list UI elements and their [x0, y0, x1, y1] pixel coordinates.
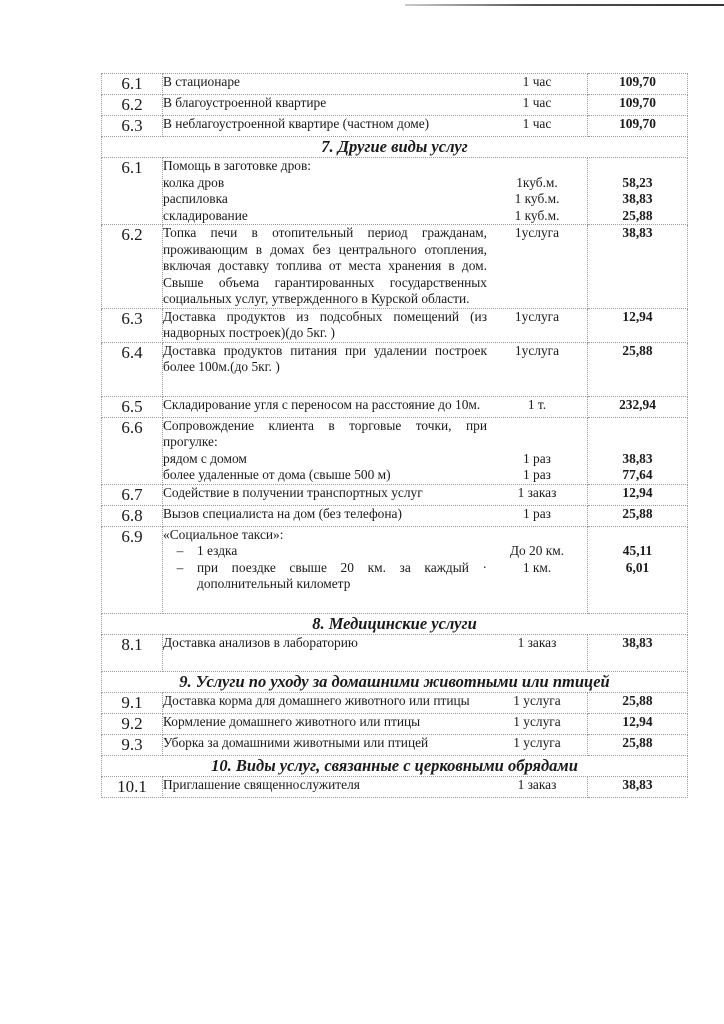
line-text: складирование	[163, 208, 487, 225]
unit-text: 1услуга	[487, 309, 587, 342]
description-text: Топка печи в отопительный период граждан…	[163, 225, 487, 308]
unit-text: До 20 км.	[487, 543, 587, 560]
item-price: 38,83	[588, 634, 688, 672]
table-row: 6.6Сопровождение клиента в торговые точк…	[102, 417, 688, 484]
item-number: 9.1	[102, 693, 163, 714]
item-number: 10.1	[102, 777, 163, 798]
line-text: Уборка за домашними животными или птицей	[163, 735, 487, 752]
unit-text: 1 км.	[487, 560, 587, 593]
unit-text: 1 т.	[487, 397, 587, 414]
item-number: 6.9	[102, 526, 163, 613]
description-block: Сопровождение клиента в торговые точки, …	[163, 418, 587, 451]
line-text: Содействие в получении транспортных услу…	[163, 485, 487, 502]
description-block: Доставка корма для домашнего животного и…	[163, 693, 587, 710]
price-value: 109,70	[588, 116, 687, 133]
unit-text	[487, 158, 587, 175]
price-value	[588, 158, 687, 175]
price-value: 12,94	[588, 485, 687, 502]
item-description: Доставка корма для домашнего животного и…	[163, 693, 588, 714]
price-value: 232,94	[588, 397, 687, 414]
item-description: Топка печи в отопительный период граждан…	[163, 225, 588, 309]
item-description: В стационаре1 час	[163, 74, 588, 95]
description-text: Доставка продуктов из подсобных помещени…	[163, 309, 487, 342]
scan-edge-line	[405, 4, 724, 6]
description-line: Вызов специалиста на дом (без телефона)1…	[163, 506, 587, 523]
item-price: 45,116,01	[588, 526, 688, 613]
section-title: 10. Виды услуг, связанные с церковными о…	[102, 756, 688, 777]
description-block: Доставка продуктов питания при удалении …	[163, 343, 587, 376]
sub-item-text: 1 ездка	[197, 543, 487, 560]
item-description: Доставка продуктов из подсобных помещени…	[163, 308, 588, 342]
description-line: рядом с домом1 раз	[163, 451, 587, 468]
item-description: В благоустроенной квартире1 час	[163, 95, 588, 116]
unit-text: 1 раз	[487, 451, 587, 468]
description-title: «Социальное такси»:	[163, 527, 587, 544]
description-line: складирование1 куб.м.	[163, 208, 587, 225]
line-text: Помощь в заготовке дров:	[163, 158, 487, 175]
item-price: 12,94	[588, 484, 688, 505]
price-value: 25,88	[588, 693, 687, 710]
unit-text: 1 заказ	[487, 777, 587, 794]
price-value: 38,83	[588, 451, 687, 468]
price-value: 12,94	[588, 309, 687, 326]
section-title: 7. Другие виды услуг	[102, 137, 688, 158]
table-row: 6.1Помощь в заготовке дров:колка дров1ку…	[102, 158, 688, 225]
tariff-table: 6.1В стационаре1 час109,706.2В благоустр…	[101, 73, 688, 798]
description-block: Доставка продуктов из подсобных помещени…	[163, 309, 587, 342]
table-row: 6.5Складирование угля с переносом на рас…	[102, 396, 688, 417]
description-line: более удаленные от дома (свыше 500 м)1 р…	[163, 467, 587, 484]
unit-text: 1 час	[487, 116, 587, 133]
price-value: 25,88	[588, 735, 687, 752]
line-text: рядом с домом	[163, 451, 487, 468]
price-value: 12,94	[588, 714, 687, 731]
item-price: 232,94	[588, 396, 688, 417]
line-text: распиловка	[163, 191, 487, 208]
unit-text: 1 час	[487, 74, 587, 91]
item-price: 25,88	[588, 505, 688, 526]
price-value	[588, 418, 687, 435]
section-header-row: 7. Другие виды услуг	[102, 137, 688, 158]
item-number: 9.3	[102, 735, 163, 756]
description-line: Помощь в заготовке дров:	[163, 158, 587, 175]
price-value: 6,01	[588, 560, 687, 577]
sub-item: –при поездке свыше 20 км. за каждый · до…	[163, 560, 587, 593]
unit-text: 1услуга	[487, 225, 587, 308]
price-value: 38,83	[588, 777, 687, 794]
description-line: Содействие в получении транспортных услу…	[163, 485, 587, 502]
item-number: 6.8	[102, 505, 163, 526]
price-value: 38,83	[588, 225, 687, 242]
unit-text: 1услуга	[487, 343, 587, 376]
item-description: «Социальное такси»:–1 ездкаДо 20 км.–при…	[163, 526, 588, 613]
table-row: 6.9«Социальное такси»:–1 ездкаДо 20 км.–…	[102, 526, 688, 613]
table-row: 6.3Доставка продуктов из подсобных помещ…	[102, 308, 688, 342]
description-block: Топка печи в отопительный период граждан…	[163, 225, 587, 308]
line-text: Вызов специалиста на дом (без телефона)	[163, 506, 487, 523]
line-text: В благоустроенной квартире	[163, 95, 487, 112]
price-value: 58,23	[588, 175, 687, 192]
item-description: Доставка анализов в лабораторию1 заказ	[163, 634, 588, 672]
description-line: Уборка за домашними животными или птицей…	[163, 735, 587, 752]
item-number: 6.6	[102, 417, 163, 484]
item-number: 9.2	[102, 714, 163, 735]
table-row: 6.2В благоустроенной квартире1 час109,70	[102, 95, 688, 116]
item-price: 109,70	[588, 116, 688, 137]
price-value: 25,88	[588, 343, 687, 360]
item-number: 6.2	[102, 225, 163, 309]
description-text: Доставка корма для домашнего животного и…	[163, 693, 487, 710]
line-text: Приглашение священнослужителя	[163, 777, 487, 794]
description-text: Складирование угля с переносом на рассто…	[163, 397, 487, 414]
item-description: Уборка за домашними животными или птицей…	[163, 735, 588, 756]
item-description: В неблагоустроенной квартире (частном до…	[163, 116, 588, 137]
price-value: 109,70	[588, 74, 687, 91]
unit-text: 1 услуга	[487, 735, 587, 752]
price-value	[588, 527, 687, 544]
table-row: 6.3В неблагоустроенной квартире (частном…	[102, 116, 688, 137]
line-text: более удаленные от дома (свыше 500 м)	[163, 467, 487, 484]
description-line: В стационаре1 час	[163, 74, 587, 91]
price-value: 38,83	[588, 635, 687, 652]
section-title: 9. Услуги по уходу за домашними животным…	[102, 672, 688, 693]
line-text: Доставка анализов в лабораторию	[163, 635, 487, 652]
item-price: 25,88	[588, 735, 688, 756]
unit-text: 1 заказ	[487, 485, 587, 502]
item-description: Вызов специалиста на дом (без телефона)1…	[163, 505, 588, 526]
item-number: 8.1	[102, 634, 163, 672]
item-number: 6.3	[102, 116, 163, 137]
table-row: 9.2Кормление домашнего животного или пти…	[102, 714, 688, 735]
unit-text: 1 раз	[487, 506, 587, 523]
unit-text: 1 заказ	[487, 635, 587, 652]
table-row: 6.2Топка печи в отопительный период граж…	[102, 225, 688, 309]
item-price: 12,94	[588, 308, 688, 342]
price-value: 77,64	[588, 467, 687, 484]
item-price: 58,2338,8325,88	[588, 158, 688, 225]
item-description: Доставка продуктов питания при удалении …	[163, 342, 588, 396]
item-price: 25,88	[588, 693, 688, 714]
unit-text: 1 услуга	[487, 714, 587, 731]
section-header-row: 8. Медицинские услуги	[102, 613, 688, 634]
description-line: распиловка1 куб.м.	[163, 191, 587, 208]
price-value	[588, 434, 687, 451]
table-row: 8.1Доставка анализов в лабораторию1 зака…	[102, 634, 688, 672]
unit-text: 1 услуга	[487, 693, 587, 710]
price-value: 25,88	[588, 208, 687, 225]
item-price: 38,83	[588, 225, 688, 309]
table-row: 10.1Приглашение священнослужителя1 заказ…	[102, 777, 688, 798]
price-value: 25,88	[588, 506, 687, 523]
section-title: 8. Медицинские услуги	[102, 613, 688, 634]
price-value: 45,11	[588, 543, 687, 560]
description-line: Приглашение священнослужителя1 заказ	[163, 777, 587, 794]
description-text: Доставка продуктов питания при удалении …	[163, 343, 487, 376]
item-price: 38,8377,64	[588, 417, 688, 484]
item-number: 6.1	[102, 74, 163, 95]
table-row: 6.7Содействие в получении транспортных у…	[102, 484, 688, 505]
unit-text: 1куб.м.	[487, 175, 587, 192]
table-row: 6.1В стационаре1 час109,70	[102, 74, 688, 95]
line-text: В неблагоустроенной квартире (частном до…	[163, 116, 487, 133]
description-line: Кормление домашнего животного или птицы1…	[163, 714, 587, 731]
item-description: Содействие в получении транспортных услу…	[163, 484, 588, 505]
unit-text: 1 раз	[487, 467, 587, 484]
table-row: 6.4Доставка продуктов питания при удален…	[102, 342, 688, 396]
dash-bullet: –	[163, 543, 197, 560]
description-block: Складирование угля с переносом на рассто…	[163, 397, 587, 414]
item-price: 109,70	[588, 95, 688, 116]
item-price: 25,88	[588, 342, 688, 396]
line-text: Кормление домашнего животного или птицы	[163, 714, 487, 731]
item-number: 6.3	[102, 308, 163, 342]
item-description: Складирование угля с переносом на рассто…	[163, 396, 588, 417]
description-text: Сопровождение клиента в торговые точки, …	[163, 418, 487, 451]
description-line: Доставка анализов в лабораторию1 заказ	[163, 635, 587, 652]
price-value: 109,70	[588, 95, 687, 112]
item-description: Сопровождение клиента в торговые точки, …	[163, 417, 588, 484]
item-price: 12,94	[588, 714, 688, 735]
dash-bullet: –	[163, 560, 197, 593]
table-row: 9.1Доставка корма для домашнего животног…	[102, 693, 688, 714]
item-number: 6.1	[102, 158, 163, 225]
sub-item: –1 ездкаДо 20 км.	[163, 543, 587, 560]
item-price: 38,83	[588, 777, 688, 798]
line-text: В стационаре	[163, 74, 487, 91]
unit-text: 1 куб.м.	[487, 191, 587, 208]
item-number: 6.7	[102, 484, 163, 505]
item-price: 109,70	[588, 74, 688, 95]
table-row: 6.8Вызов специалиста на дом (без телефон…	[102, 505, 688, 526]
item-description: Кормление домашнего животного или птицы1…	[163, 714, 588, 735]
table-row: 9.3Уборка за домашними животными или пти…	[102, 735, 688, 756]
item-number: 6.4	[102, 342, 163, 396]
line-text: колка дров	[163, 175, 487, 192]
sub-item-text: при поездке свыше 20 км. за каждый · доп…	[197, 560, 487, 593]
unit-text	[487, 418, 587, 451]
price-value: 38,83	[588, 191, 687, 208]
section-header-row: 9. Услуги по уходу за домашними животным…	[102, 672, 688, 693]
unit-text: 1 час	[487, 95, 587, 112]
item-number: 6.5	[102, 396, 163, 417]
description-line: В неблагоустроенной квартире (частном до…	[163, 116, 587, 133]
item-description: Приглашение священнослужителя1 заказ	[163, 777, 588, 798]
description-line: В благоустроенной квартире1 час	[163, 95, 587, 112]
section-header-row: 10. Виды услуг, связанные с церковными о…	[102, 756, 688, 777]
description-line: колка дров1куб.м.	[163, 175, 587, 192]
item-number: 6.2	[102, 95, 163, 116]
unit-text: 1 куб.м.	[487, 208, 587, 225]
item-description: Помощь в заготовке дров:колка дров1куб.м…	[163, 158, 588, 225]
